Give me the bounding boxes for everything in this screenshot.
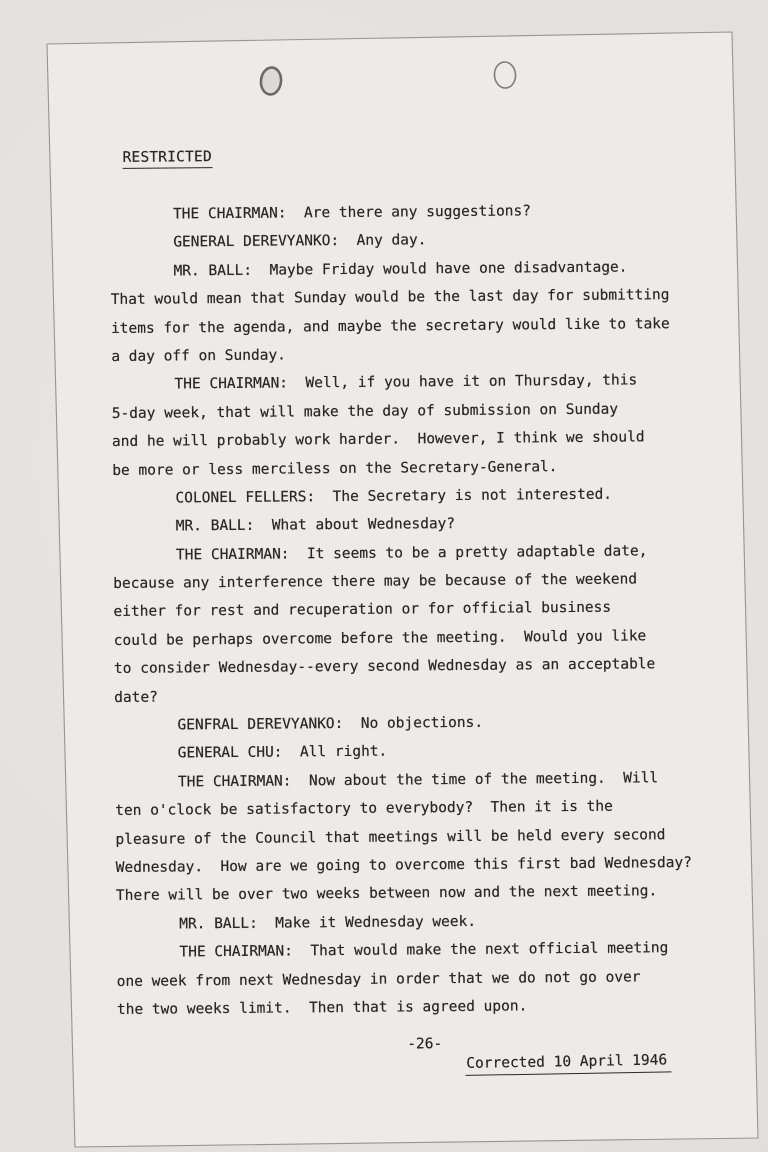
transcript-line: THE CHAIRMAN: That would make the next o… <box>179 934 692 967</box>
transcript-line: GENERAL CHU: All right. <box>178 735 691 768</box>
scanned-page-background: RESTRICTED THE CHAIRMAN: Are there any s… <box>0 0 768 1152</box>
transcript-line: GENERAL DEREVYANKO: Any day. <box>173 224 686 257</box>
transcript-line: MR. BALL: What about Wednesday? <box>176 508 689 541</box>
transcript-line: GENFRAL DEREVYANKO: No objections. <box>177 707 690 740</box>
transcript-line: There will be over two weeks between now… <box>116 877 692 910</box>
transcript-line: MR. BALL: Make it Wednesday week. <box>179 906 692 939</box>
document-content: RESTRICTED THE CHAIRMAN: Are there any s… <box>0 0 768 1152</box>
transcript-line: the two weeks limit. Then that is agreed… <box>117 991 693 1024</box>
transcript-line: ten o'clock be satisfactory to everybody… <box>115 792 691 825</box>
transcript-line: THE CHAIRMAN: Are there any suggestions? <box>173 196 686 229</box>
transcript-line: THE CHAIRMAN: Now about the time of the … <box>178 764 691 797</box>
transcript-line: MR. BALL: Maybe Friday would have one di… <box>173 253 686 286</box>
transcript-line: one week from next Wednesday in order th… <box>117 962 693 995</box>
transcript: THE CHAIRMAN: Are there any suggestions?… <box>110 196 693 1024</box>
transcript-line: COLONEL FELLERS: The Secretary is not in… <box>175 480 688 513</box>
page-number: -26- <box>407 1036 442 1052</box>
transcript-line: THE CHAIRMAN: Well, if you have it on Th… <box>174 366 687 399</box>
transcript-line: to consider Wednesday--every second Wedn… <box>114 650 690 683</box>
transcript-line: and he will probably work harder. Howeve… <box>112 423 688 456</box>
transcript-line: THE CHAIRMAN: It seems to be a pretty ad… <box>176 537 689 570</box>
classification-heading: RESTRICTED <box>122 149 212 169</box>
correction-note: Corrected 10 April 1946 <box>465 1052 671 1076</box>
transcript-line: That would mean that Sunday would be the… <box>111 281 687 314</box>
transcript-line: items for the agenda, and maybe the secr… <box>111 310 687 343</box>
